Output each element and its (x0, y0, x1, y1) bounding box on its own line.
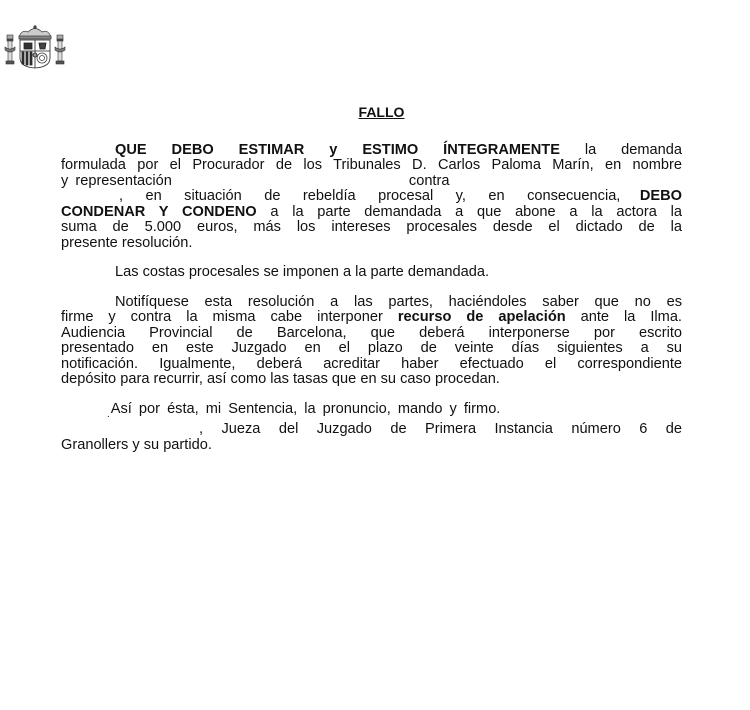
text-line: firme y contra la misma cabe interponer … (61, 310, 682, 326)
signature-paragraph: .Así por ésta, mi Sentencia, la pronunci… (61, 402, 682, 454)
text-line: , en situación de rebeldía procesal y, e… (61, 189, 682, 205)
text-line: Audiencia Provincial de Barcelona, que d… (61, 326, 682, 342)
text-line: depósito para recurrir, así como las tas… (61, 372, 682, 388)
text-line: , Jueza del Juzgado de Primera Instancia… (61, 422, 682, 438)
text-line: Las costas procesales se imponen a la pa… (61, 265, 682, 281)
text-line: notificación. Igualmente, deberá acredit… (61, 357, 682, 373)
section-heading: FALLO (61, 105, 682, 121)
text-line: formulada por el Procurador de los Tribu… (61, 158, 682, 174)
ruling-paragraph: QUE DEBO ESTIMAR y ESTIMO ÍNTEGRAMENTE l… (61, 143, 682, 252)
costs-paragraph: Las costas procesales se imponen a la pa… (61, 265, 682, 281)
text-line: presente resolución. (61, 236, 682, 252)
text-line: CONDENAR Y CONDENO a la parte demandada … (61, 205, 682, 221)
text-line: .Así por ésta, mi Sentencia, la pronunci… (61, 402, 682, 423)
text-line: y representacióncontra (61, 174, 682, 190)
appeal-notice-paragraph: Notifíquese esta resolución a las partes… (61, 295, 682, 388)
judgment-ruling: FALLO QUE DEBO ESTIMAR y ESTIMO ÍNTEGRAM… (61, 105, 682, 467)
text-line: presentado en este Juzgado en el plazo d… (61, 341, 682, 357)
spain-coat-of-arms-icon (4, 25, 66, 69)
text-line: suma de 5.000 euros, más los intereses p… (61, 220, 682, 236)
text-line: Granollers y su partido. (61, 438, 682, 454)
text-line: Notifíquese esta resolución a las partes… (61, 295, 682, 311)
text-line: QUE DEBO ESTIMAR y ESTIMO ÍNTEGRAMENTE l… (61, 143, 682, 159)
